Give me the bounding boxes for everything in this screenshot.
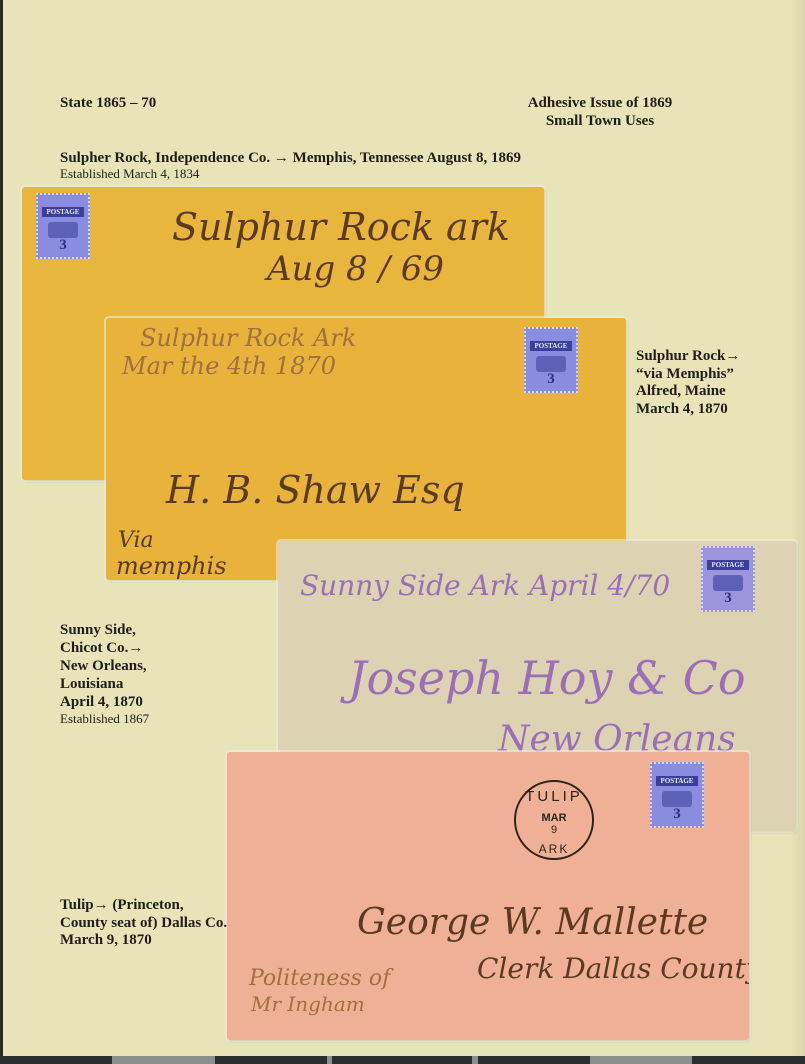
- stamp-3c-locomotive: POSTAGE 3: [524, 327, 578, 393]
- manuscript-bearer: Mr Ingham: [251, 992, 365, 1016]
- caption-title: Sulpher Rock, Independence Co. → Memphis…: [60, 150, 521, 166]
- caption-line: April 4, 1870: [60, 693, 149, 711]
- stamp-label: POSTAGE: [42, 207, 84, 217]
- caption-established: Established 1867: [60, 711, 149, 727]
- cover-4-envelope: TULIP MAR 9 ARK POSTAGE 3 George W. Mall…: [227, 752, 749, 1040]
- stamp-value: 3: [652, 807, 702, 822]
- manuscript-origin: Sulphur Rock ark: [172, 205, 510, 249]
- postmark-month: MAR: [516, 812, 592, 824]
- stamp-value: 3: [526, 372, 576, 387]
- manuscript-date: Mar the 4th 1870: [122, 352, 336, 380]
- stamp-label: POSTAGE: [530, 341, 572, 351]
- stamp-label: POSTAGE: [656, 776, 698, 786]
- heading-line-1: Adhesive Issue of 1869: [505, 94, 695, 112]
- postmark-state: ARK: [516, 842, 592, 856]
- postmark-day: 9: [516, 824, 592, 836]
- page-heading-issue: Adhesive Issue of 1869 Small Town Uses: [505, 94, 695, 130]
- caption-line: Sunny Side,: [60, 621, 149, 639]
- caption-line: Alfred, Maine: [636, 383, 740, 401]
- caption-line: Sulphur Rock→: [636, 348, 740, 366]
- stamp-3c-locomotive: POSTAGE 3: [36, 193, 90, 259]
- manuscript-addressee: George W. Mallette: [357, 902, 708, 943]
- caption-line: March 9, 1870: [60, 932, 227, 950]
- caption-cover-1: Sulpher Rock, Independence Co. → Memphis…: [60, 149, 521, 181]
- manuscript-via: Via: [118, 528, 154, 553]
- scan-edge: [0, 0, 3, 1064]
- stamp-value: 3: [703, 591, 753, 606]
- locomotive-icon: [713, 575, 743, 591]
- manuscript-origin: Sunny Side Ark April 4/70: [300, 569, 670, 602]
- caption-line: County seat of) Dallas Co.: [60, 915, 227, 933]
- manuscript-politeness: Politeness of: [249, 966, 390, 991]
- caption-cover-4: Tulip→ (Princeton, County seat of) Dalla…: [60, 897, 227, 950]
- manuscript-date: Aug 8 / 69: [267, 249, 444, 289]
- locomotive-icon: [536, 356, 566, 372]
- stamp-value: 3: [38, 238, 88, 253]
- caption-cover-2: Sulphur Rock→ “via Memphis” Alfred, Main…: [636, 348, 740, 418]
- caption-line: Chicot Co.→: [60, 639, 149, 657]
- page-heading-state: State 1865 – 70: [60, 94, 156, 112]
- postmark-town: TULIP: [516, 788, 592, 805]
- stamp-label: POSTAGE: [707, 560, 749, 570]
- stamp-3c-locomotive: POSTAGE 3: [701, 546, 755, 612]
- caption-line: Louisiana: [60, 675, 149, 693]
- tulip-postmark: TULIP MAR 9 ARK: [514, 780, 594, 860]
- heading-line-2: Small Town Uses: [505, 112, 695, 130]
- manuscript-via-city: memphis: [116, 552, 227, 580]
- caption-line: March 4, 1870: [636, 401, 740, 419]
- caption-line: “via Memphis”: [636, 366, 740, 384]
- page-shadow: [791, 0, 805, 1064]
- manuscript-origin: Sulphur Rock Ark: [140, 324, 356, 352]
- stamp-3c-locomotive: POSTAGE 3: [650, 762, 704, 828]
- caption-established: Established March 4, 1834: [60, 167, 521, 181]
- manuscript-addressee: Joseph Hoy & Co: [348, 651, 746, 705]
- caption-line: New Orleans,: [60, 657, 149, 675]
- manuscript-title: Clerk Dallas County: [477, 952, 749, 985]
- scan-bottom-strip: [0, 1056, 805, 1064]
- caption-cover-3: Sunny Side, Chicot Co.→ New Orleans, Lou…: [60, 621, 149, 727]
- locomotive-icon: [662, 791, 692, 807]
- caption-line: Tulip→ (Princeton,: [60, 897, 227, 915]
- manuscript-addressee: H. B. Shaw Esq: [166, 468, 465, 512]
- locomotive-icon: [48, 222, 78, 238]
